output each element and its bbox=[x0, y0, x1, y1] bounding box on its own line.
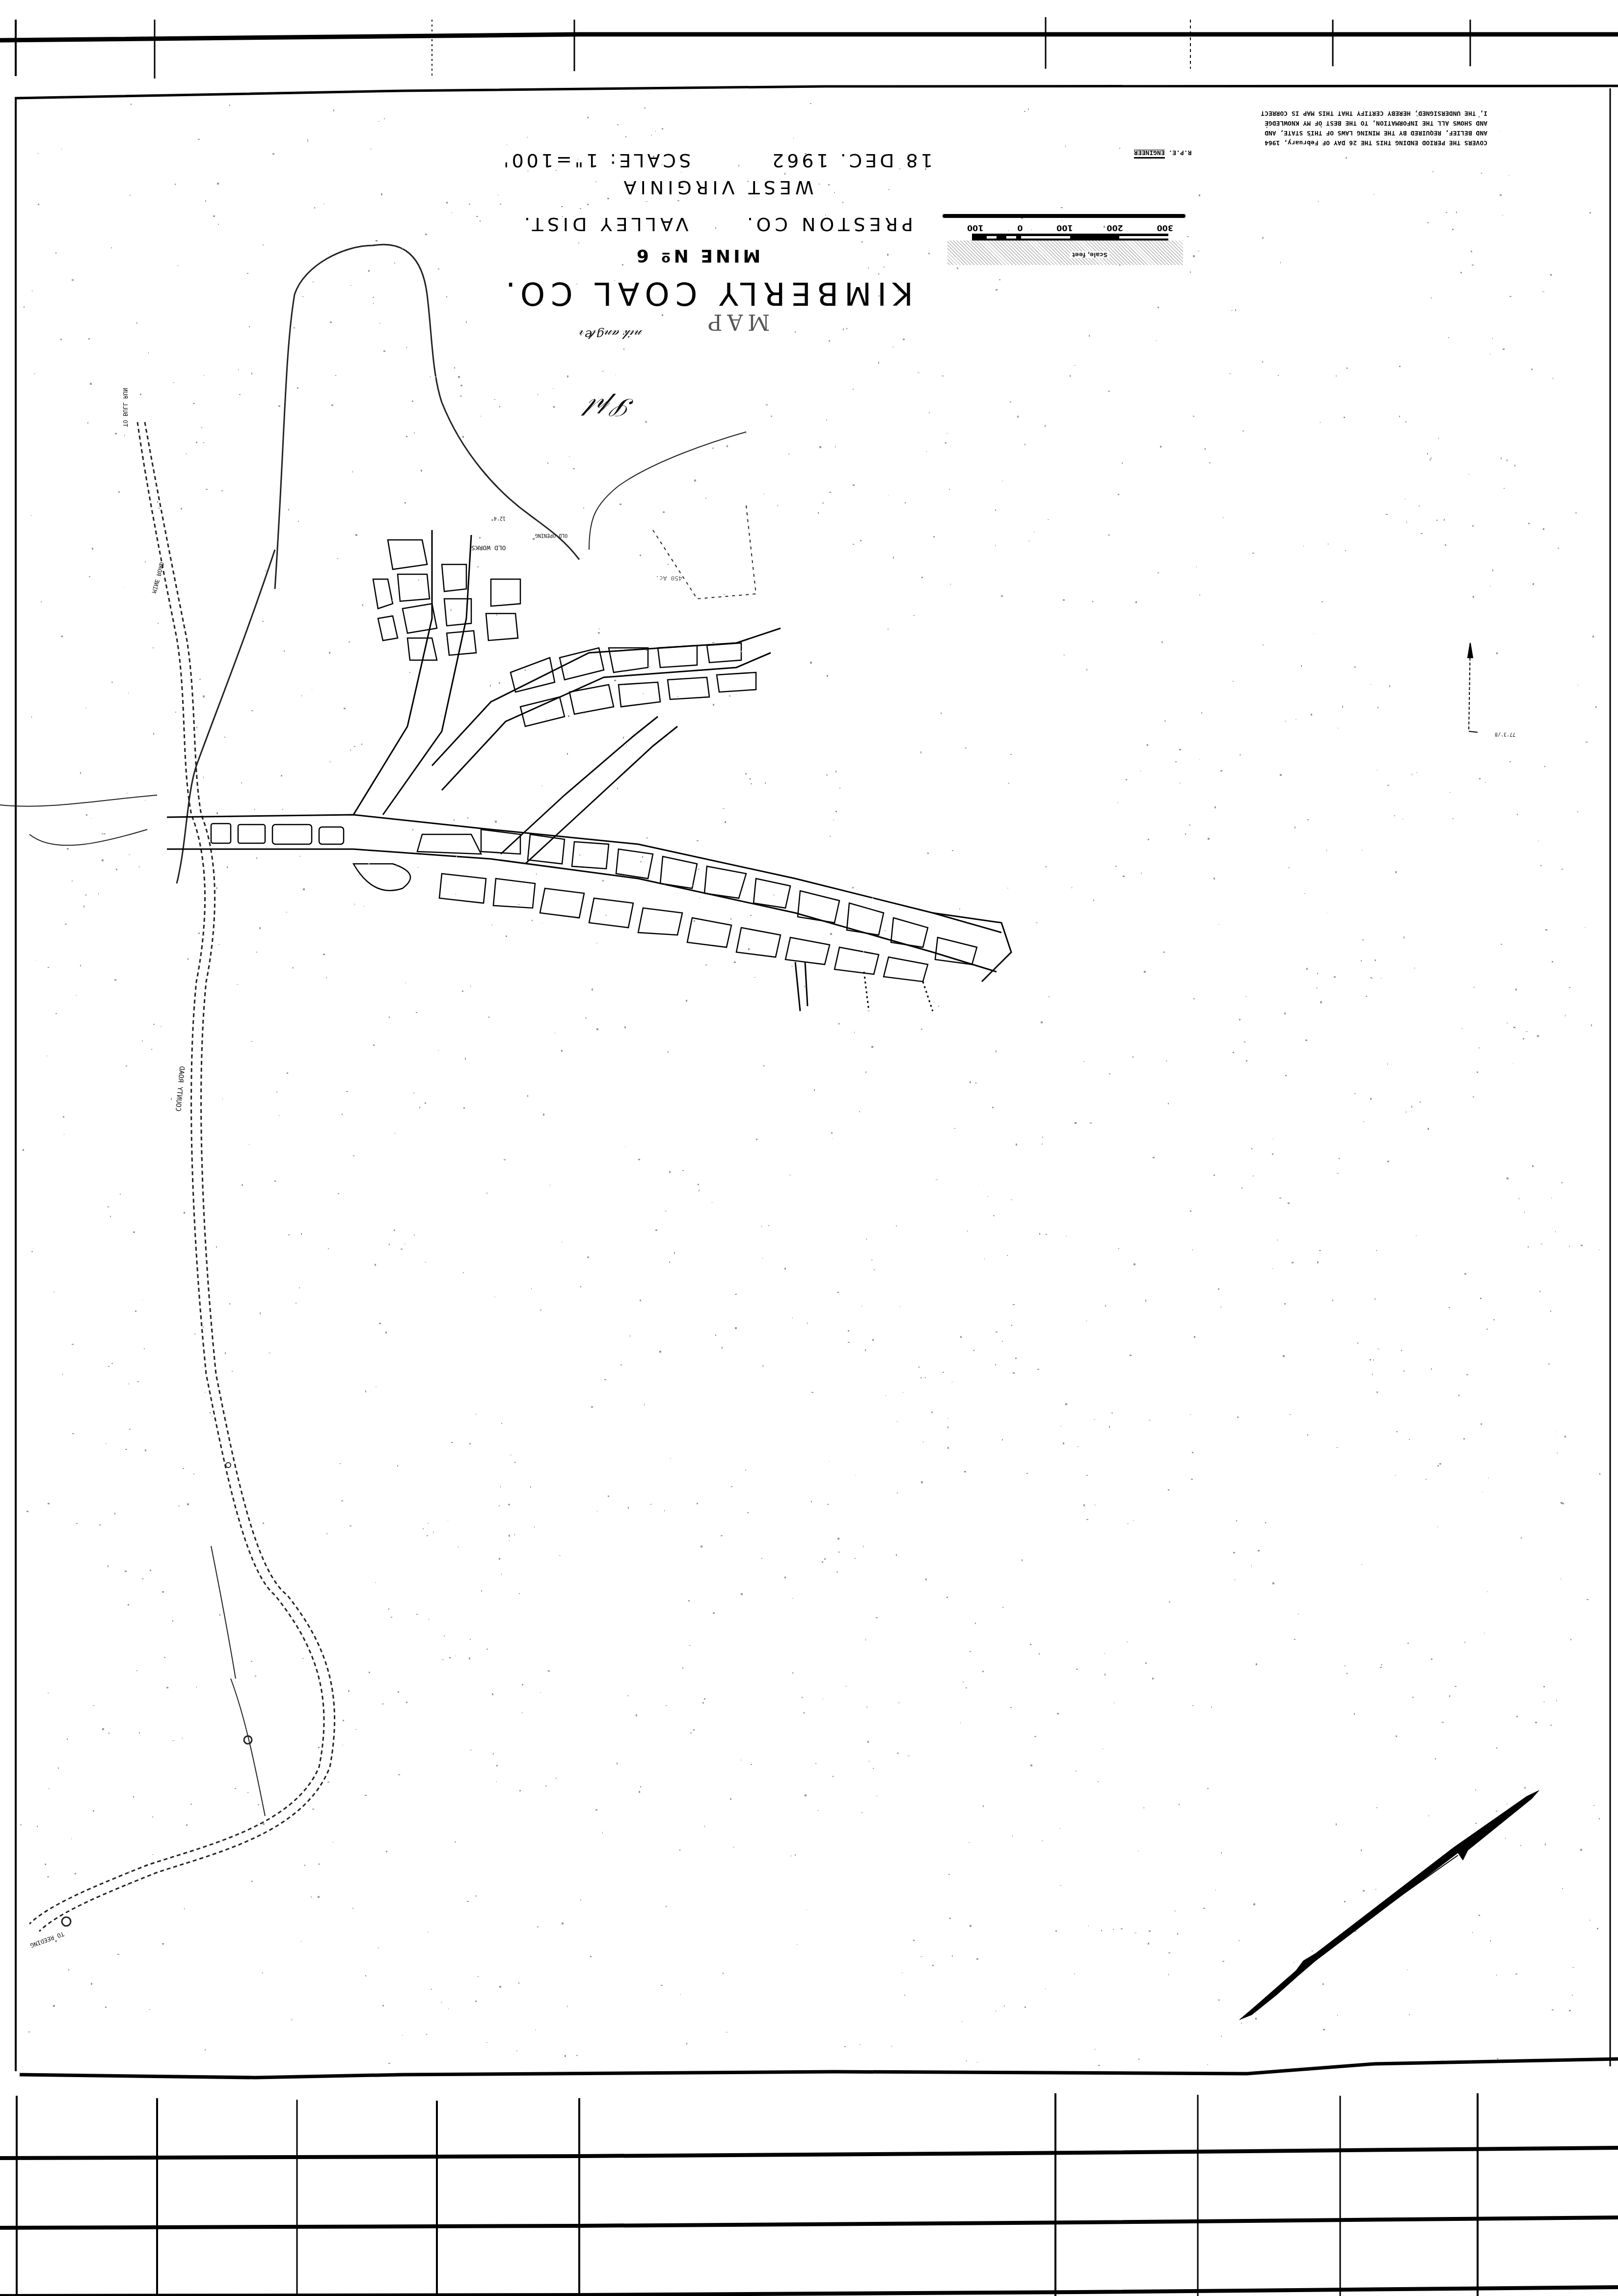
pillars bbox=[211, 540, 977, 982]
cert-line-1: I, THE UNDERSIGNED, HEREBY CERTIFY THAT … bbox=[1134, 108, 1487, 118]
cert-line-2: AND SHOWS ALL THE INFORMATION, TO THE BE… bbox=[1134, 118, 1487, 128]
bottom-grid bbox=[0, 2059, 1618, 2296]
mine-number: MINE Nº 6 bbox=[574, 245, 820, 266]
side-marker bbox=[1468, 643, 1478, 732]
label-to-bull-run: TO BULL RUN bbox=[122, 388, 129, 427]
signature-2: 𝒮𝓅𝓁 bbox=[589, 393, 634, 422]
title-scale-date-row: 18 DEC. 1962 SCALE: 1"=100' bbox=[501, 150, 933, 171]
top-frame bbox=[0, 17, 1618, 2071]
scale-bar: 300 200 100 0 100 Scale, feet bbox=[947, 216, 1183, 265]
title-district-row: PRESTON CO. VALLEY DIST. bbox=[520, 214, 913, 235]
signature-1: 𝓃𝒾𝓀 𝒶𝓃𝑔𝓁𝑒𝓇 bbox=[579, 326, 642, 342]
cert-line-3: AND BELIEF, REQUIRED BY THE MINING LAWS … bbox=[1134, 128, 1487, 137]
map-state: WEST VIRGINIA bbox=[569, 177, 864, 198]
certification-block: R.P.E. ENGINEER COVERS THE PERIOD ENDING… bbox=[1134, 108, 1487, 160]
map-date: 18 DEC. 1962 bbox=[769, 150, 933, 171]
map-district: VALLEY DIST. bbox=[520, 214, 689, 235]
scale-bar-stipple bbox=[947, 240, 1183, 265]
scale-bar-caption: Scale, feet bbox=[1070, 251, 1109, 258]
scan-speckle bbox=[20, 103, 1600, 2066]
label-acreage: 450 Ac. bbox=[655, 574, 682, 582]
label-old-opening: OLD OPENING bbox=[535, 533, 567, 538]
license-label: R.P.E. bbox=[1168, 149, 1191, 156]
cert-line-4: COVERS THE PERIOD ENDING THIS THE 26 DAY… bbox=[1134, 137, 1487, 147]
label-old-works: OLD WORKS bbox=[471, 544, 506, 551]
map-heading: MAP bbox=[687, 309, 785, 334]
map-drawing bbox=[0, 0, 1618, 2296]
roads-and-creek bbox=[0, 422, 335, 1931]
map-sheet: 18 DEC. 1962 SCALE: 1"=100' WEST VIRGINI… bbox=[0, 0, 1618, 2296]
label-elevation: 12'4" bbox=[491, 515, 506, 521]
map-scale: SCALE: 1"=100' bbox=[501, 150, 691, 171]
scale-bar-ticks: 300 200 100 0 100 bbox=[967, 223, 1173, 233]
map-county: PRESTON CO. bbox=[743, 214, 913, 235]
scale-bar-underline bbox=[943, 214, 1186, 218]
engineer-label: ENGINEER bbox=[1134, 149, 1165, 159]
scale-bar-graduations bbox=[972, 234, 1168, 240]
engineer-signature-row: R.P.E. ENGINEER bbox=[1134, 147, 1487, 157]
label-station-marker: 77'3'/8 bbox=[1495, 731, 1515, 737]
company-name: KIMBERLY COAL CO. bbox=[520, 275, 913, 311]
meridian-arrow bbox=[1240, 1790, 1539, 2020]
mine-workings bbox=[167, 530, 1011, 1011]
